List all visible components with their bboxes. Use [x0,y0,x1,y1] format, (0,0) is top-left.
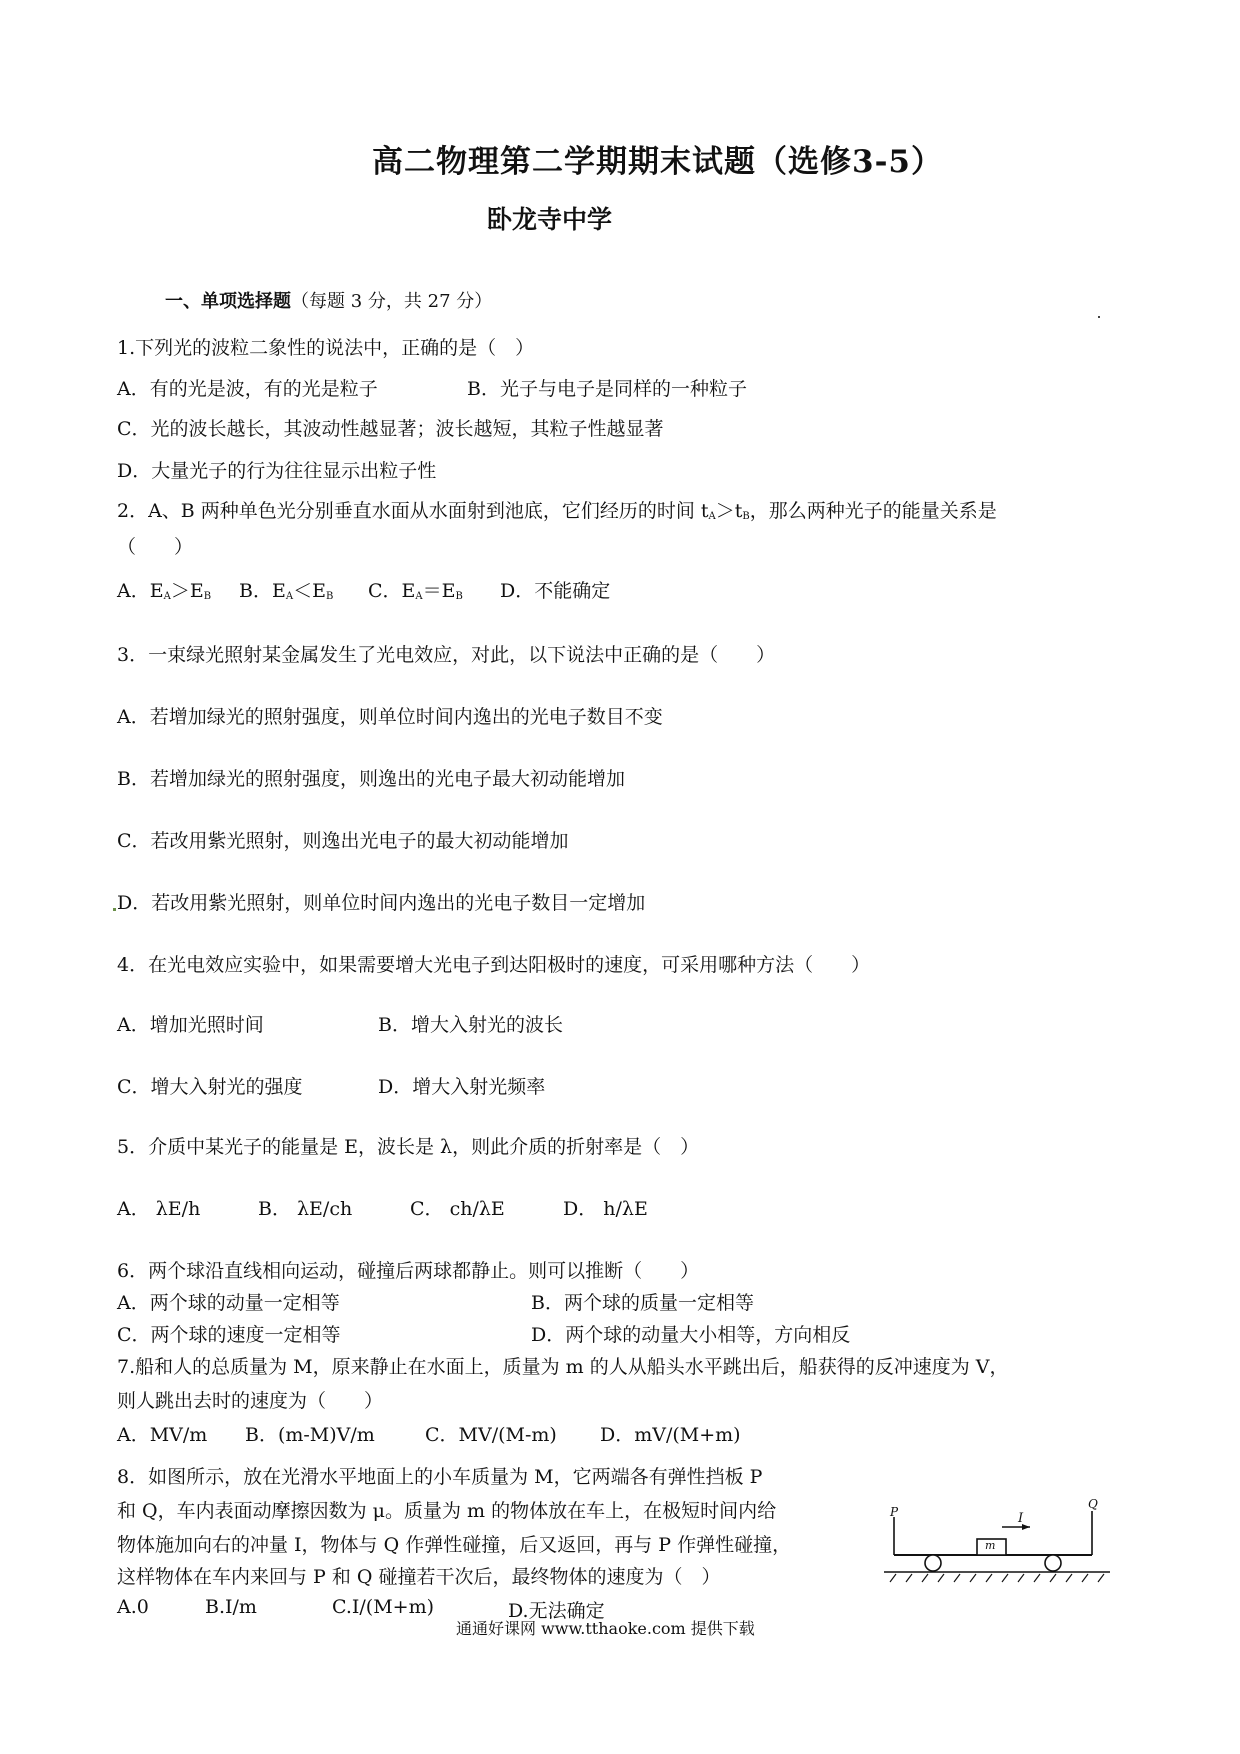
question-3-stem: 3．一束绿光照射某金属发生了光电效应，对此，以下说法中正确的是（ ） [117,640,775,667]
question-2-option-c: C．EA＝EB [368,576,463,603]
scan-speck [1098,316,1100,318]
question-8-stem-line-2: 和 Q，车内表面动摩擦因数为 μ。质量为 m 的物体放在车上，在极短时间内给 [117,1496,776,1523]
opt-sub: A [286,591,293,602]
label-mass: m [985,1539,995,1552]
opt-label: B．E [239,580,286,602]
opt-sub: A [415,591,422,602]
section-heading: 一、单项选择题（每题 3 分，共 27 分） [165,287,492,313]
q2-stem-text: 2．A、B 两种单色光分别垂直水面从水面射到池底，它们经历的时间 t [117,500,709,522]
question-7-option-c: C．MV/(M-m) [425,1420,557,1447]
question-8-stem-line-1: 8．如图所示，放在光滑水平地面上的小车质量为 M，它两端各有弹性挡板 P [117,1462,762,1489]
question-6-option-b: B．两个球的质量一定相等 [531,1288,754,1315]
q2-stem-end: ，那么两种光子的能量关系是 [750,500,997,522]
footer-source: 通通好课网 www.tthaoke.com 提供下载 [456,1616,755,1639]
opt-sub: B [326,591,333,602]
opt-sub: B [456,591,463,602]
section-prefix: 一、 [165,291,201,312]
question-5-option-b: B． λE/ch [258,1194,352,1221]
question-5-option-c: C． ch/λE [410,1194,505,1221]
question-5-option-a: A． λE/h [117,1194,200,1221]
opt-op: ＞E [171,580,204,602]
question-1-option-c: C．光的波长越长，其波动性越显著；波长越短，其粒子性越显著 [117,414,664,441]
question-8-stem-line-3: 物体施加向右的冲量 I，物体与 Q 作弹性碰撞，后又返回，再与 P 作弹性碰撞， [117,1530,791,1557]
question-1-option-a: A．有的光是波，有的光是粒子 [117,374,378,401]
question-3-option-a: A．若增加绿光的照射强度，则单位时间内逸出的光电子数目不变 [117,702,663,729]
cart-diagram: P Q I m [870,1475,1110,1595]
question-2-option-a: A．EA＞EB [117,576,211,603]
question-1-stem: 1.下列光的波粒二象性的说法中，正确的是（ ） [117,333,534,360]
question-3-option-d: D．若改用紫光照射，则单位时间内逸出的光电子数目一定增加 [117,888,645,915]
question-7-option-a: A．MV/m [117,1420,207,1447]
question-8-option-b: B.I/m [205,1596,257,1618]
exam-title: 高二物理第二学期期末试题（选修3-5） [372,136,943,181]
opt-label: C．E [368,580,415,602]
question-3-option-c: C．若改用紫光照射，则逸出光电子的最大初动能增加 [117,826,569,853]
question-7-option-d: D．mV/(M+m) [600,1420,741,1447]
question-1-option-d: D．大量光子的行为往往显示出粒子性 [117,456,436,483]
question-7-option-b: B．(m-M)V/m [245,1420,375,1447]
scan-dot [113,908,116,911]
question-6-stem: 6．两个球沿直线相向运动，碰撞后两球都静止。则可以推断（ ） [117,1256,699,1283]
question-4-option-c: C．增大入射光的强度 [117,1072,303,1099]
question-2-stem: 2．A、B 两种单色光分别垂直水面从水面射到池底，它们经历的时间 tA＞tB，那… [117,496,997,523]
question-6-option-d: D．两个球的动量大小相等，方向相反 [531,1320,850,1347]
question-7-stem-line-2: 则人跳出去时的速度为（ ） [117,1386,383,1413]
cart-diagram-svg [870,1475,1110,1595]
question-3-option-b: B．若增加绿光的照射强度，则逸出的光电子最大初动能增加 [117,764,625,791]
question-4-option-b: B．增大入射光的波长 [378,1010,563,1037]
question-4-stem: 4．在光电效应实验中，如果需要增大光电子到达阳极时的速度，可采用哪种方法（ ） [117,950,870,977]
question-2-option-b: B．EA＜EB [239,576,333,603]
question-6-option-c: C．两个球的速度一定相等 [117,1320,341,1347]
question-6-option-a: A．两个球的动量一定相等 [117,1288,340,1315]
question-4-option-a: A．增加光照时间 [117,1010,264,1037]
question-8-option-a: A.0 [117,1596,149,1618]
opt-sub: B [204,591,211,602]
label-p: P [890,1505,898,1519]
q2-subscript-a: A [709,511,716,522]
label-q: Q [1088,1497,1098,1511]
question-5-option-d: D． h/λE [563,1194,648,1221]
section-scoring: （每题 3 分，共 27 分） [291,291,492,312]
question-8-stem-line-4: 这样物体在车内来回与 P 和 Q 碰撞若干次后，最终物体的速度为（ ） [117,1562,721,1589]
opt-sub: A [164,591,171,602]
question-4-option-d: D．增大入射光频率 [378,1072,545,1099]
question-2-option-d: D．不能确定 [500,576,610,603]
opt-op: ＝E [423,580,456,602]
section-name: 单项选择题 [201,291,291,312]
q2-stem-mid: ＞t [716,500,743,522]
question-7-stem-line-1: 7.船和人的总质量为 M，原来静止在水面上，质量为 m 的人从船头水平跳出后，船… [117,1352,1008,1379]
label-impulse: I [1018,1511,1023,1526]
school-name: 卧龙寺中学 [487,200,612,236]
opt-op: ＜E [293,580,326,602]
question-5-stem: 5．介质中某光子的能量是 E，波长是 λ，则此介质的折射率是（ ） [117,1132,699,1159]
opt-label: A．E [117,580,164,602]
question-8-option-c: C.I/(M+m) [332,1596,434,1618]
question-1-option-b: B．光子与电子是同样的一种粒子 [467,374,747,401]
q2-subscript-b: B [742,511,749,522]
question-2-answer-blank: （ ） [117,532,193,559]
